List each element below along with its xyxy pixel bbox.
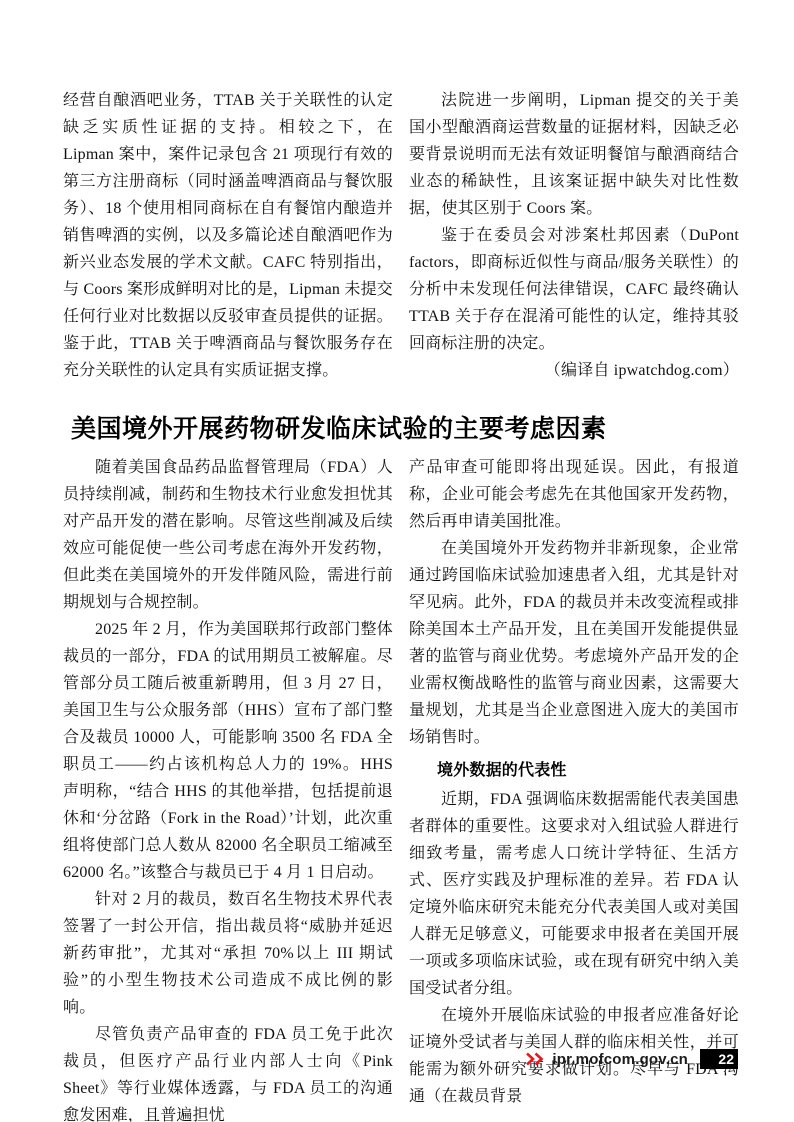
footer-site-url: ipr.mofcom.gov.cn — [552, 1051, 688, 1068]
paragraph-hhs-restructuring: 2025 年 2 月，作为美国联邦行政部门整体裁员的一部分，FDA 的试用期员工… — [63, 616, 393, 886]
section-fda-article: 随着美国食品药品监督管理局（FDA）人员持续削减，制药和生物技术行业愈发担忧其对… — [63, 454, 739, 1122]
paragraph-data-representativeness: 近期，FDA 强调临床数据需能代表美国患者群体的重要性。这要求对入组试验人群进行… — [409, 786, 739, 1002]
document-page: 经营自酿酒吧业务，TTAB 关于关联性的认定缺乏实质性证据的支持。相较之下，在 … — [0, 0, 794, 1122]
fda-left-column: 随着美国食品药品监督管理局（FDA）人员持续削减，制药和生物技术行业愈发担忧其对… — [63, 454, 393, 1122]
subheading-foreign-data-representativeness: 境外数据的代表性 — [409, 757, 739, 784]
trademark-right-column: 法院进一步阐明，Lipman 提交的关于美国小型酿酒商运营数量的证据材料，因缺乏… — [409, 87, 739, 384]
section-trademark-case: 经营自酿酒吧业务，TTAB 关于关联性的认定缺乏实质性证据的支持。相较之下，在 … — [63, 87, 739, 384]
paragraph-court-clarification: 法院进一步阐明，Lipman 提交的关于美国小型酿酒商运营数量的证据材料，因缺乏… — [409, 87, 739, 222]
paragraph-overseas-development: 在美国境外开发药物并非新现象，企业常通过跨国临床试验加速患者入组，尤其是针对罕见… — [409, 535, 739, 751]
fda-right-column: 产品审查可能即将出现延误。因此，有报道称，企业可能会考虑先在其他国家开发药物，然… — [409, 454, 739, 1122]
paragraph-fda-cuts: 随着美国食品药品监督管理局（FDA）人员持续削减，制药和生物技术行业愈发担忧其对… — [63, 454, 393, 616]
page-number-badge: 22 — [700, 1049, 738, 1069]
page-footer: ipr.mofcom.gov.cn 22 — [525, 1049, 738, 1069]
paragraph-open-letter: 针对 2 月的裁员，数百名生物技术界代表签署了一封公开信，指出裁员将“威胁并延迟… — [63, 886, 393, 1021]
double-chevron-right-icon — [525, 1052, 545, 1066]
trademark-left-column: 经营自酿酒吧业务，TTAB 关于关联性的认定缺乏实质性证据的支持。相较之下，在 … — [63, 87, 393, 384]
paragraph-dupont-factors: 鉴于在委员会对涉案杜邦因素（DuPont factors，即商标近似性与商品/服… — [409, 222, 739, 357]
paragraph-pink-sheet: 尽管负责产品审查的 FDA 员工免于此次裁员，但医疗产品行业内部人士向《Pink… — [63, 1021, 393, 1122]
paragraph-trademark-continuation: 经营自酿酒吧业务，TTAB 关于关联性的认定缺乏实质性证据的支持。相较之下，在 … — [63, 87, 393, 384]
article-title: 美国境外开展药物研发临床试验的主要考虑因素 — [63, 411, 747, 447]
source-attribution: （编译自 ipwatchdog.com） — [409, 357, 739, 384]
paragraph-review-delays: 产品审查可能即将出现延误。因此，有报道称，企业可能会考虑先在其他国家开发药物，然… — [409, 454, 739, 535]
